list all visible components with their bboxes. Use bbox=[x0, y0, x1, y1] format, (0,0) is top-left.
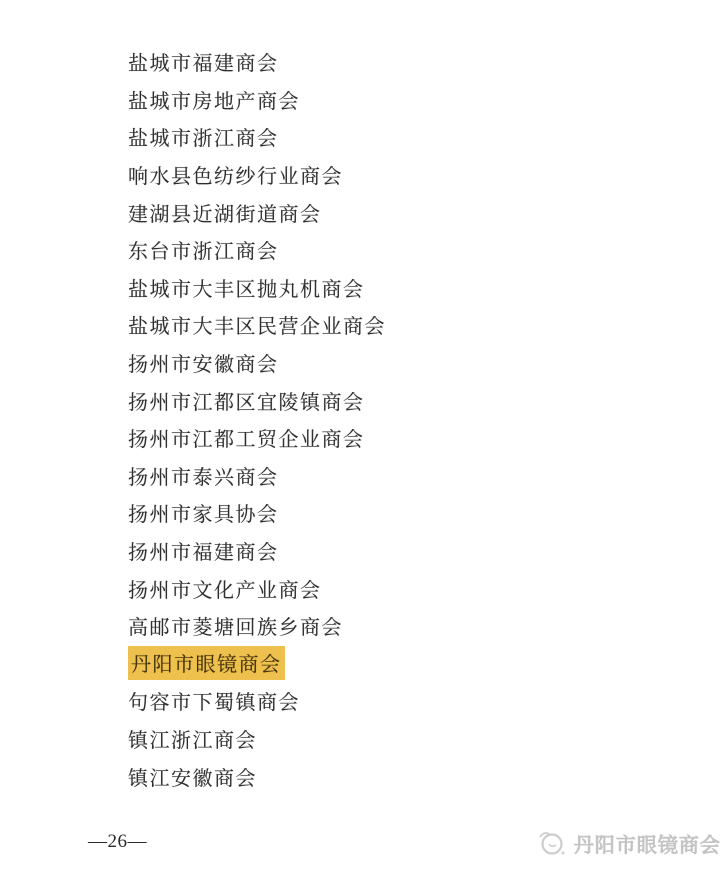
list-item: 丹阳市眼镜商会 bbox=[128, 645, 700, 683]
item-label: 扬州市福建商会 bbox=[128, 536, 279, 565]
list-item: 响水县色纺纱行业商会 bbox=[128, 156, 700, 194]
item-label: 建湖县近湖街道商会 bbox=[128, 198, 322, 227]
item-label: 盐城市大丰区抛丸机商会 bbox=[128, 273, 365, 302]
list-item: 扬州市文化产业商会 bbox=[128, 569, 700, 607]
list-item: 句容市下蜀镇商会 bbox=[128, 682, 700, 720]
item-label: 扬州市泰兴商会 bbox=[128, 461, 279, 490]
list-item: 东台市浙江商会 bbox=[128, 231, 700, 269]
org-logo-icon bbox=[536, 827, 568, 859]
list-item: 扬州市泰兴商会 bbox=[128, 457, 700, 495]
list-item: 建湖县近湖街道商会 bbox=[128, 193, 700, 231]
item-label: 镇江安徽商会 bbox=[128, 762, 257, 791]
list-item: 盐城市大丰区抛丸机商会 bbox=[128, 269, 700, 307]
page-number: —26— bbox=[88, 831, 147, 853]
list-item: 扬州市福建商会 bbox=[128, 532, 700, 570]
list-item: 镇江浙江商会 bbox=[128, 720, 700, 758]
item-label: 盐城市浙江商会 bbox=[128, 122, 279, 151]
list-item: 盐城市福建商会 bbox=[128, 43, 700, 81]
list-item: 扬州市家具协会 bbox=[128, 494, 700, 532]
item-label: 扬州市江都工贸企业商会 bbox=[128, 423, 365, 452]
item-label: 盐城市福建商会 bbox=[128, 47, 279, 76]
document-page: 盐城市福建商会盐城市房地产商会盐城市浙江商会响水县色纺纱行业商会建湖县近湖街道商… bbox=[0, 0, 720, 877]
list-item: 镇江安徽商会 bbox=[128, 757, 700, 795]
item-label: 扬州市安徽商会 bbox=[128, 348, 279, 377]
list-item: 盐城市房地产商会 bbox=[128, 81, 700, 119]
item-label: 盐城市房地产商会 bbox=[128, 85, 300, 114]
item-label: 句容市下蜀镇商会 bbox=[128, 686, 300, 715]
list-item: 扬州市江都区宜陵镇商会 bbox=[128, 381, 700, 419]
list-item: 盐城市大丰区民营企业商会 bbox=[128, 306, 700, 344]
highlighted-item-label: 丹阳市眼镜商会 bbox=[128, 646, 285, 680]
item-label: 扬州市江都区宜陵镇商会 bbox=[128, 386, 365, 415]
chamber-list: 盐城市福建商会盐城市房地产商会盐城市浙江商会响水县色纺纱行业商会建湖县近湖街道商… bbox=[128, 43, 700, 795]
list-item: 盐城市浙江商会 bbox=[128, 118, 700, 156]
list-item: 高邮市菱塘回族乡商会 bbox=[128, 607, 700, 645]
item-label: 响水县色纺纱行业商会 bbox=[128, 160, 343, 189]
item-label: 高邮市菱塘回族乡商会 bbox=[128, 611, 343, 640]
item-label: 镇江浙江商会 bbox=[128, 724, 257, 753]
watermark: 丹阳市眼镜商会 bbox=[536, 827, 720, 859]
item-label: 东台市浙江商会 bbox=[128, 235, 279, 264]
watermark-label: 丹阳市眼镜商会 bbox=[574, 829, 720, 858]
item-label: 扬州市文化产业商会 bbox=[128, 574, 322, 603]
list-item: 扬州市安徽商会 bbox=[128, 344, 700, 382]
item-label: 盐城市大丰区民营企业商会 bbox=[128, 310, 386, 339]
list-item: 扬州市江都工贸企业商会 bbox=[128, 419, 700, 457]
item-label: 扬州市家具协会 bbox=[128, 498, 279, 527]
